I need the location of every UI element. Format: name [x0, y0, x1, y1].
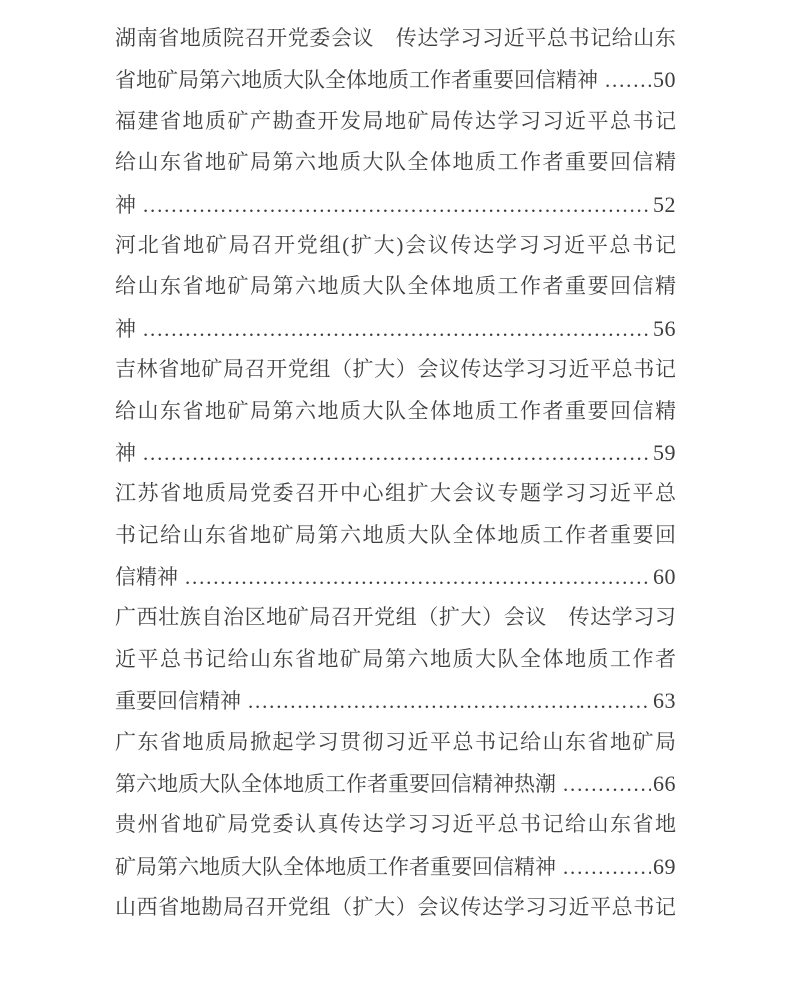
toc-page-number: 69 [651, 846, 676, 887]
toc-entry: 湖南省地质院召开党委会议 传达学习习近平总书记给山东省地矿局第六地质大队全体地质… [115, 18, 676, 101]
toc-page-number: 56 [651, 308, 676, 349]
toc-entry-line: 福建省地质矿产勘查开发局地矿局传达学习习近平总书记 [115, 101, 676, 142]
document-page: 湖南省地质院召开党委会议 传达学习习近平总书记给山东省地矿局第六地质大队全体地质… [0, 0, 791, 997]
toc-entry-line: 吉林省地矿局召开党组（扩大）会议传达学习习近平总书记 [115, 349, 676, 390]
dot-leader: ........................................… [136, 185, 651, 226]
toc-page-number: 59 [651, 432, 676, 473]
toc-entry-line: 近平总书记给山东省地矿局第六地质大队全体地质工作者 [115, 639, 676, 680]
dot-leader: ........................................… [241, 681, 651, 722]
toc-entry-line: 广东省地质局掀起学习贯彻习近平总书记给山东省地矿局 [115, 722, 676, 763]
toc-entry: 吉林省地矿局召开党组（扩大）会议传达学习习近平总书记给山东省地矿局第六地质大队全… [115, 349, 676, 473]
toc-page-number: 52 [651, 184, 676, 225]
toc-entry-text: 省地矿局第六地质大队全体地质工作者重要回信精神 [115, 60, 598, 101]
toc-entry-line: 信精神.....................................… [115, 556, 676, 597]
dot-leader: ........................................… [598, 60, 651, 101]
toc-entry-line: 山西省地勘局召开党组（扩大）会议传达学习习近平总书记 [115, 887, 676, 928]
toc-entry-line: 江苏省地质局党委召开中心组扩大会议专题学习习近平总 [115, 473, 676, 514]
toc-entry: 贵州省地矿局党委认真传达学习习近平总书记给山东省地矿局第六地质大队全体地质工作者… [115, 804, 676, 887]
toc-entry-text: 神 [115, 185, 136, 226]
toc-entry-text: 重要回信精神 [115, 681, 241, 722]
toc-entry-line: 广西壮族自治区地矿局召开党组（扩大）会议 传达学习习 [115, 597, 676, 638]
dot-leader: ........................................… [178, 557, 651, 598]
toc-entry-line: 矿局第六地质大队全体地质工作者重要回信精神...................… [115, 846, 676, 887]
toc-entry: 福建省地质矿产勘查开发局地矿局传达学习习近平总书记给山东省地矿局第六地质大队全体… [115, 101, 676, 225]
toc-list: 湖南省地质院召开党委会议 传达学习习近平总书记给山东省地矿局第六地质大队全体地质… [115, 18, 676, 929]
toc-entry: 江苏省地质局党委召开中心组扩大会议专题学习习近平总书记给山东省地矿局第六地质大队… [115, 473, 676, 597]
toc-entry-line: 神.......................................… [115, 184, 676, 225]
toc-entry-text: 第六地质大队全体地质工作者重要回信精神热潮 [115, 764, 556, 805]
toc-entry-line: 第六地质大队全体地质工作者重要回信精神热潮...................… [115, 763, 676, 804]
dot-leader: ........................................… [556, 764, 651, 805]
dot-leader: ........................................… [136, 309, 651, 350]
toc-entry-line: 给山东省地矿局第六地质大队全体地质工作者重要回信精 [115, 266, 676, 307]
toc-entry-line: 省地矿局第六地质大队全体地质工作者重要回信精神.................… [115, 59, 676, 100]
toc-page-number: 66 [651, 763, 676, 804]
toc-entry-line: 给山东省地矿局第六地质大队全体地质工作者重要回信精 [115, 142, 676, 183]
toc-entry-text: 矿局第六地质大队全体地质工作者重要回信精神 [115, 847, 556, 888]
toc-page-number: 50 [651, 59, 676, 100]
toc-entry-line: 重要回信精神..................................… [115, 680, 676, 721]
toc-entry: 广东省地质局掀起学习贯彻习近平总书记给山东省地矿局第六地质大队全体地质工作者重要… [115, 722, 676, 805]
toc-entry-text: 神 [115, 433, 136, 474]
toc-entry: 广西壮族自治区地矿局召开党组（扩大）会议 传达学习习近平总书记给山东省地矿局第六… [115, 597, 676, 721]
toc-page-number: 60 [651, 556, 676, 597]
toc-page-number: 63 [651, 680, 676, 721]
toc-entry-line: 书记给山东省地矿局第六地质大队全体地质工作者重要回 [115, 515, 676, 556]
dot-leader: ........................................… [136, 433, 651, 474]
toc-entry-line: 给山东省地矿局第六地质大队全体地质工作者重要回信精 [115, 391, 676, 432]
toc-entry-line: 神.......................................… [115, 308, 676, 349]
toc-entry-text: 信精神 [115, 557, 178, 598]
toc-entry-text: 神 [115, 309, 136, 350]
toc-entry: 河北省地矿局召开党组(扩大)会议传达学习习近平总书记给山东省地矿局第六地质大队全… [115, 225, 676, 349]
toc-entry-line: 神.......................................… [115, 432, 676, 473]
toc-entry-line: 湖南省地质院召开党委会议 传达学习习近平总书记给山东 [115, 18, 676, 59]
toc-entry: 山西省地勘局召开党组（扩大）会议传达学习习近平总书记 [115, 887, 676, 928]
dot-leader: ........................................… [556, 847, 651, 888]
toc-entry-line: 河北省地矿局召开党组(扩大)会议传达学习习近平总书记 [115, 225, 676, 266]
toc-entry-line: 贵州省地矿局党委认真传达学习习近平总书记给山东省地 [115, 804, 676, 845]
